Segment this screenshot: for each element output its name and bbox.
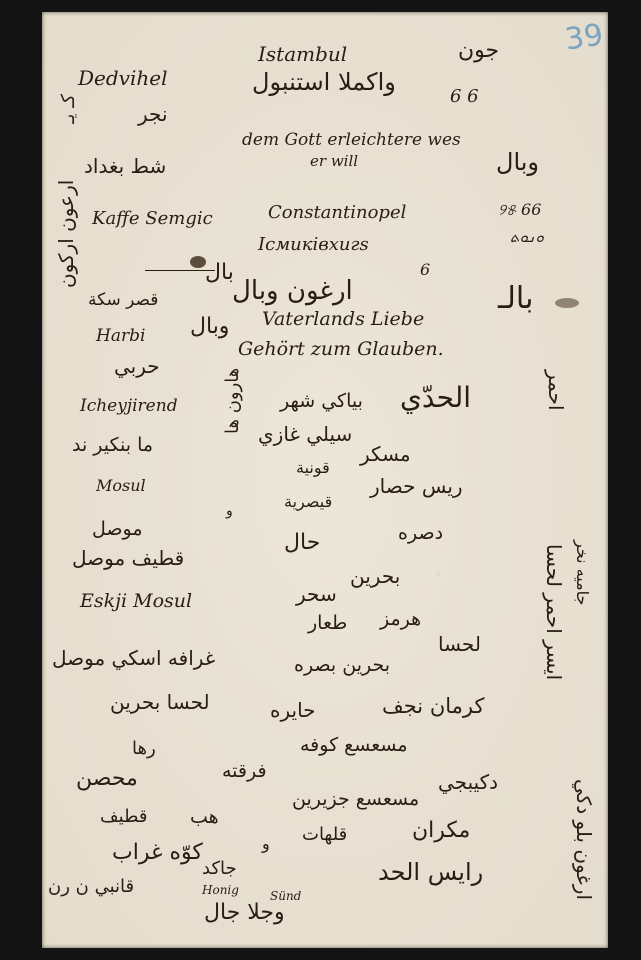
kirman-najaf-text: كرمان نجف: [382, 696, 484, 717]
qaisariya-text: قيصرية: [284, 494, 332, 510]
al-haddi-text: الحدّي: [400, 384, 471, 412]
mid-vertical-text: هارون ها: [224, 368, 242, 508]
six-six-numbers: 6 6: [450, 88, 479, 106]
hab-text: هب: [190, 808, 219, 827]
raha-text: رها: [132, 740, 156, 758]
qalhat-text: قلهات: [302, 826, 347, 844]
muhsin-text: محصن: [76, 768, 138, 790]
firqata-text: فرقته: [222, 762, 267, 781]
cursive-word: Ісмиківхигѕ: [258, 236, 369, 254]
harbi-label: Harbi: [96, 328, 145, 345]
dedvihel-label: Dedvihel: [78, 68, 167, 88]
eskji-mosul-label: Eskji Mosul: [80, 592, 192, 611]
margin-right-script: ܘܢܘܬ: [510, 230, 544, 245]
bin-kayir-text: ما بنكير ند: [72, 436, 153, 455]
right-margin-text-1: احمر: [546, 370, 566, 411]
taar-text: طعار: [308, 614, 347, 633]
qunia-text: قونية: [296, 460, 330, 476]
er-will-line: er will: [310, 154, 358, 169]
hal-text: حال: [284, 532, 320, 554]
dem-gott-line: dem Gott erleichtere wes: [242, 132, 461, 149]
harbi-arabic-text: حربي: [114, 356, 160, 376]
hormuz-text: هرمز: [380, 610, 421, 629]
sili-ghazi-text: سيلي غازي: [258, 424, 352, 444]
left-margin-top-text: كـ يـ: [60, 94, 78, 124]
jun-text: جون: [458, 40, 499, 62]
right-margin-text-3: جاميه نخر: [574, 540, 590, 605]
mosul-arabic-1: موصل: [92, 520, 143, 539]
right-margin-text-2: ايسر احمر لحسا: [544, 520, 564, 680]
bal-text: بال: [205, 262, 234, 284]
musha-kufa-text: مسعسع كوفه: [300, 736, 408, 755]
jalad-text: جاكد: [202, 860, 237, 878]
constantinopel-label: Constantinopel: [268, 204, 406, 222]
ink-smear: [555, 298, 579, 308]
lahsa-bahrain-text: لحسا بحرين: [110, 692, 210, 712]
qatif-mosul-text: قطيف موصل: [72, 548, 184, 568]
bahrain-text: بحرين: [350, 566, 400, 586]
vaterlands-liebe-label: Vaterlands Liebe: [262, 310, 424, 329]
right-margin-text-4: ارغون بلو دكي: [574, 690, 594, 900]
biyaki-shahr-text: بياكي شهر: [280, 392, 363, 411]
wa-bal-2-text: وبال: [190, 316, 229, 338]
kaffe-semgic-label: Kaffe Semgic: [92, 210, 213, 228]
ink-blot: [190, 256, 206, 268]
sahar-text: سحر: [296, 584, 337, 604]
rais-al-hadd-text: رايس الحد: [378, 860, 483, 884]
wa-bal-text: وبال: [496, 150, 539, 174]
qatif-text: قطيف: [100, 808, 147, 826]
icheyjirend-label: Icheyjirend: [80, 398, 178, 415]
bahrain-basra-text: بحرين بصره: [294, 656, 390, 675]
mosul-label: Mosul: [96, 478, 146, 494]
shatt-baghdad-text: شط بغداد: [84, 156, 166, 176]
makran-text: مكران: [412, 820, 470, 842]
ghurafa-eski-mosul-text: غرافه اسكي موصل: [52, 648, 215, 668]
wa-conj-2-text: و: [262, 836, 270, 852]
qanibi-text: قانبي ن رن: [48, 878, 134, 896]
musha-jazirin-text: مسعسع جزيرين: [292, 790, 419, 809]
dasra-text: دصره: [398, 524, 443, 543]
muskar-text: مسكر: [360, 444, 411, 464]
left-margin-vertical-text: ارعون اركون: [56, 180, 76, 390]
right-numbers: ୨୫ 66: [498, 202, 541, 218]
istambul-label: Istambul: [258, 44, 347, 64]
kuwa-ghurab-text: كوّه غراب: [112, 842, 203, 864]
folio-number: 39: [563, 18, 606, 58]
dikibji-text: دكيبجي: [438, 772, 498, 792]
lahsa-text: لحسا: [438, 634, 481, 654]
six-number: 6: [420, 262, 430, 278]
bal-right-text: بالـ: [498, 284, 533, 314]
wa-istanbul-text: واكملا استنبول: [252, 70, 396, 94]
haira-text: حايره: [270, 700, 316, 720]
gehort-zum-glauben-label: Gehört zum Glauben.: [238, 340, 444, 359]
ris-hasar-text: ريس حصار: [370, 476, 463, 496]
honig-label: Honig: [202, 884, 239, 896]
qasr-sekke-text: قصر سكة: [88, 292, 158, 309]
arghun-wa-bal-text: ارغون وبال: [232, 278, 353, 304]
wa-jala-bal-text: وجلا جال: [204, 902, 285, 924]
najar-text: نجر: [138, 104, 168, 124]
